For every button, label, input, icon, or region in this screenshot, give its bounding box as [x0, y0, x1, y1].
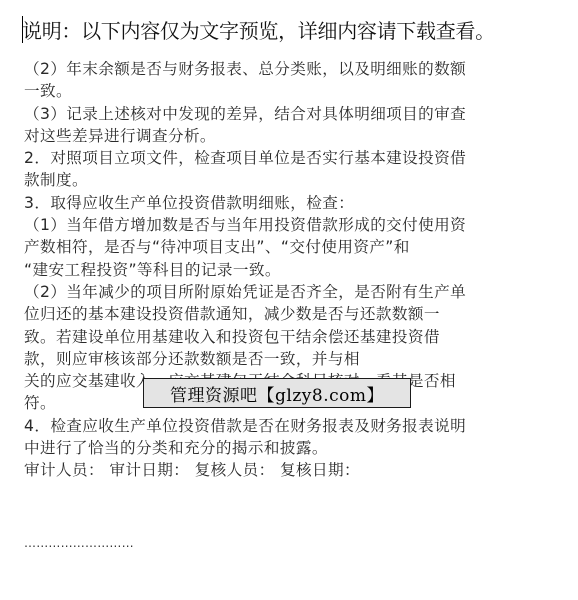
- document-line: 中进行了恰当的分类和充分的揭示和披露。: [24, 437, 554, 459]
- document-line: 款制度。: [24, 169, 554, 191]
- document-line: 产数相符，是否与“待冲项目支出”、“交付使用资产”和: [24, 236, 554, 258]
- document-line: 位归还的基本建设投资借款通知，减少数是否与还款数额一: [24, 303, 554, 325]
- document-line: （2）当年减少的项目所附原始凭证是否齐全，是否附有生产单: [24, 281, 554, 303]
- document-line: “建安工程投资”等科目的记录一致。: [24, 259, 554, 281]
- document-line: 4．检查应收生产单位投资借款是否在财务报表及财务报表说明: [24, 415, 554, 437]
- document-line: 3．取得应收生产单位投资借款明细账，检查：: [24, 192, 554, 214]
- document-line: （2）年末余额是否与财务报表、总分类账，以及明细账的数额: [24, 58, 554, 80]
- document-line: （1）当年借方增加数是否与当年用投资借款形成的交付使用资: [24, 214, 554, 236]
- watermark-banner: 管理资源吧【glzy8.com】: [143, 378, 411, 408]
- trailing-dots: ………………………: [24, 536, 134, 550]
- document-line: 一致。: [24, 80, 554, 102]
- document-line: （3）记录上述核对中发现的差异，结合对具体明细项目的审查: [24, 103, 554, 125]
- preview-notice: 说明：以下内容仅为文字预览，详细内容请下载查看。: [22, 17, 495, 45]
- document-body: （2）年末余额是否与财务报表、总分类账，以及明细账的数额 一致。 （3）记录上述…: [24, 58, 554, 482]
- document-line: 款，则应审核该部分还款数额是否一致，并与相: [24, 348, 554, 370]
- signature-line: 审计人员： 审计日期： 复核人员： 复核日期：: [24, 459, 554, 481]
- document-line: 致。若建设单位用基建收入和投资包干结余偿还基建投资借: [24, 326, 554, 348]
- document-line: 2．对照项目立项文件，检查项目单位是否实行基本建设投资借: [24, 147, 554, 169]
- document-line: 对这些差异进行调查分析。: [24, 125, 554, 147]
